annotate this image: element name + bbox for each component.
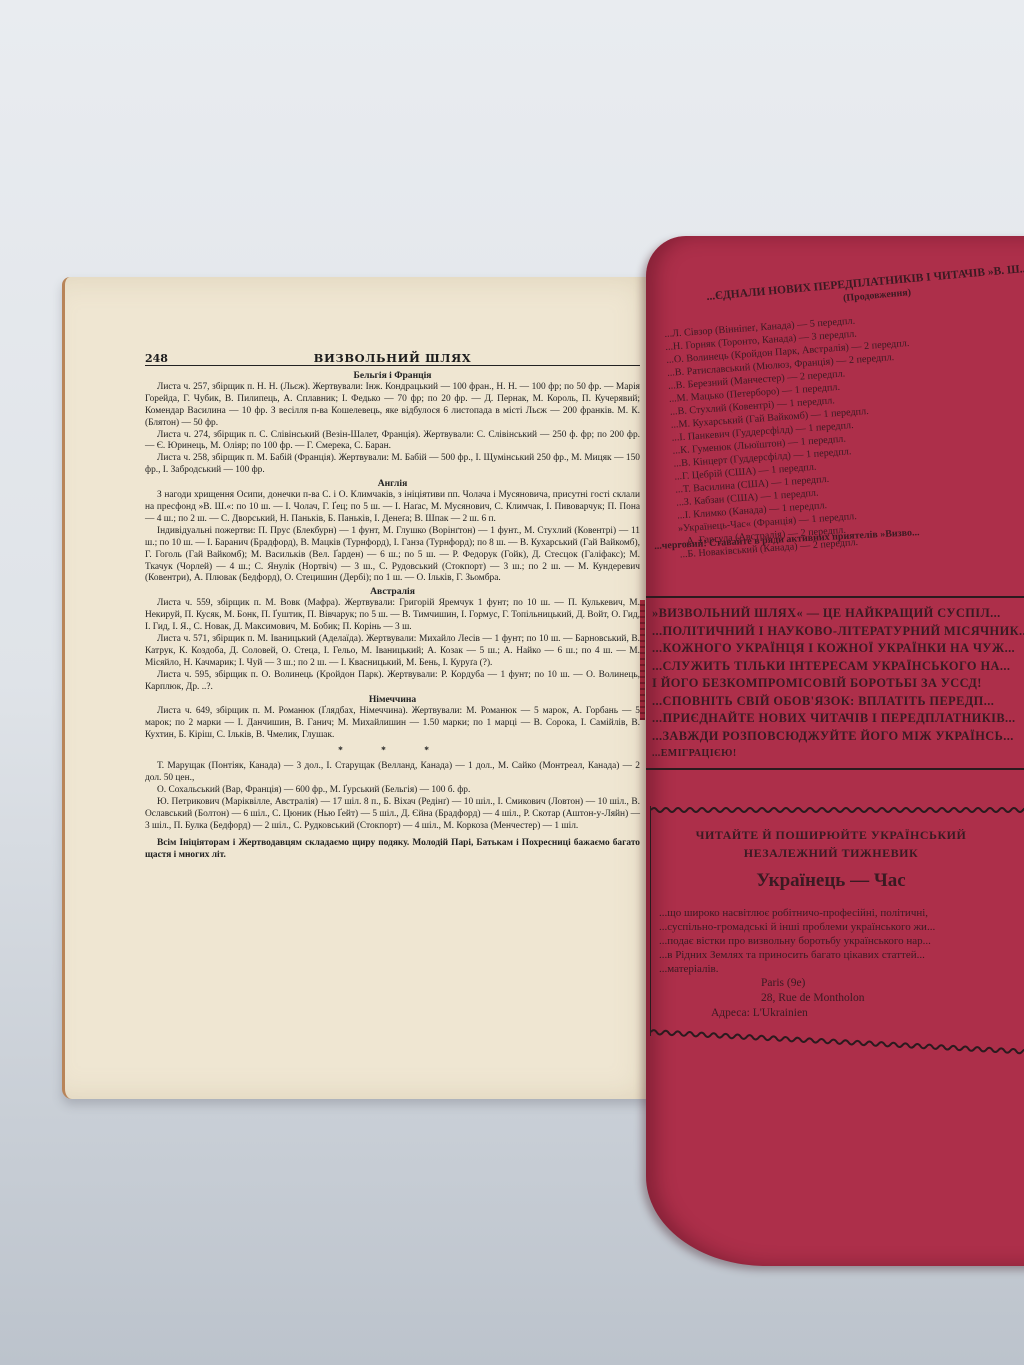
page-number: 248 xyxy=(145,352,175,365)
ad-desc-line: ...суспільно-громадські й інші проблеми … xyxy=(659,920,1024,934)
address-line: Адреса: L'Ukrainien xyxy=(711,1006,865,1021)
address-line: 28, Rue de Montholon xyxy=(711,991,865,1006)
paragraph: Індивідуальні пожертви: П. Прус (Блекбур… xyxy=(145,526,640,586)
subscribers-list: ...Л. Сівзор (Вінніпеґ, Канада) — 5 пере… xyxy=(664,305,1010,561)
left-page: 248 ВИЗВОЛЬНИЙ ШЛЯХ Бельгія і Франція Ли… xyxy=(62,277,665,1099)
right-page: ...ЄДНАЛИ НОВИХ ПЕРЕДПЛАТНИКІВ І ЧИТАЧІВ… xyxy=(646,236,1024,1266)
ad-desc-line: ...що широко насвітлює робітничо-професі… xyxy=(659,906,1024,920)
promo-box: »ВИЗВОЛЬНИЙ ШЛЯХ« — ЦЕ НАЙКРАЩИЙ СУСПІЛ.… xyxy=(646,596,1024,770)
wavy-border-top xyxy=(651,806,1024,814)
promo-line: ...ЕМІГРАЦІЄЮ! xyxy=(646,745,1024,763)
promo-line: ...ЗАВЖДИ РОЗПОВСЮДЖУЙТЕ ЙОГО МІЖ УКРАЇН… xyxy=(646,728,1024,746)
address-line: Paris (9e) xyxy=(711,976,865,991)
running-title: ВИЗВОЛЬНИЙ ШЛЯХ xyxy=(175,351,610,365)
separator-stars: * * * xyxy=(145,746,640,758)
ad-paper-name: Українець — Час xyxy=(681,870,981,892)
closing-thanks: Всім Ініціяторам і Жертводавцям складаєм… xyxy=(145,838,640,862)
section-heading-england: Англія xyxy=(145,478,640,490)
page-header: 248 ВИЗВОЛЬНИЙ ШЛЯХ xyxy=(145,347,640,366)
ad-headline: ЧИТАЙТЕ Й ПОШИРЮЙТЕ УКРАЇНСЬКИЙ НЕЗАЛЕЖН… xyxy=(681,826,981,862)
paragraph: Листа ч. 649, збірщик п. М. Романюк (Ґля… xyxy=(145,706,640,742)
binding-ribbon xyxy=(640,600,645,720)
section-heading-belgium-france: Бельгія і Франція xyxy=(145,370,640,382)
paragraph: З нагоди хрищення Осипи, донечки п-ва С.… xyxy=(145,490,640,526)
ad-description: ...що широко насвітлює робітничо-професі… xyxy=(659,906,1024,976)
section-heading-germany: Німеччина xyxy=(145,694,640,706)
promo-line: »ВИЗВОЛЬНИЙ ШЛЯХ« — ЦЕ НАЙКРАЩИЙ СУСПІЛ.… xyxy=(646,598,1024,623)
paragraph: Ю. Петрикович (Маріквілле, Австралія) — … xyxy=(145,797,640,833)
paragraph: Листа ч. 257, збірщик п. Н. Н. (Льєж). Ж… xyxy=(145,382,640,430)
paragraph: О. Сохальський (Вар, Франція) — 600 фр.,… xyxy=(145,785,640,797)
donation-list: Бельгія і Франція Листа ч. 257, збірщик … xyxy=(145,369,640,862)
paragraph: Т. Марущак (Понтіяк, Канада) — 3 дол., І… xyxy=(145,761,640,785)
promo-line: ...ПРИЄДНАЙТЕ НОВИХ ЧИТАЧІВ І ПЕРЕДПЛАТН… xyxy=(646,710,1024,728)
paragraph: Листа ч. 571, збірщик п. М. Іваницький (… xyxy=(145,634,640,670)
promo-line: ...СЛУЖИТЬ ТІЛЬКИ ІНТЕРЕСАМ УКРАЇНСЬКОГО… xyxy=(646,658,1024,676)
promo-line: ...СПОВНІТЬ СВІЙ ОБОВ'ЯЗОК: ВПЛАТІТЬ ПЕР… xyxy=(646,693,1024,711)
newspaper-ad: ЧИТАЙТЕ Й ПОШИРЮЙТЕ УКРАЇНСЬКИЙ НЕЗАЛЕЖН… xyxy=(650,806,1024,1036)
promo-line: ...ПОЛІТИЧНИЙ І НАУКОВО-ЛІТЕРАТУРНИЙ МІС… xyxy=(646,623,1024,641)
paragraph: Листа ч. 258, збірщик п. М. Бабій (Франц… xyxy=(145,453,640,477)
section-heading-australia: Австралія xyxy=(145,586,640,598)
ad-address: Paris (9e) 28, Rue de Montholon Адреса: … xyxy=(711,976,865,1021)
ad-desc-line: ...в Рідних Землях та приносить багато ц… xyxy=(659,948,1024,962)
ad-desc-line: ...подає вістки про визвольну боротьбу у… xyxy=(659,934,1024,948)
promo-line: ...КОЖНОГО УКРАЇНЦЯ І КОЖНОЇ УКРАЇНКИ НА… xyxy=(646,640,1024,658)
paragraph: Листа ч. 559, збірщик п. М. Вовк (Мафра)… xyxy=(145,598,640,634)
wavy-border-bottom xyxy=(651,1028,1024,1056)
promo-line: І ЙОГО БЕЗКОМПРОМІСОВІЙ БОРОТЬБІ ЗА УССД… xyxy=(646,675,1024,693)
paragraph: Листа ч. 274, збірщик п. С. Слівінський … xyxy=(145,430,640,454)
ad-desc-line: ...матеріалів. xyxy=(659,962,1024,976)
paragraph: Листа ч. 595, збірщик п. О. Волинець (Кр… xyxy=(145,670,640,694)
